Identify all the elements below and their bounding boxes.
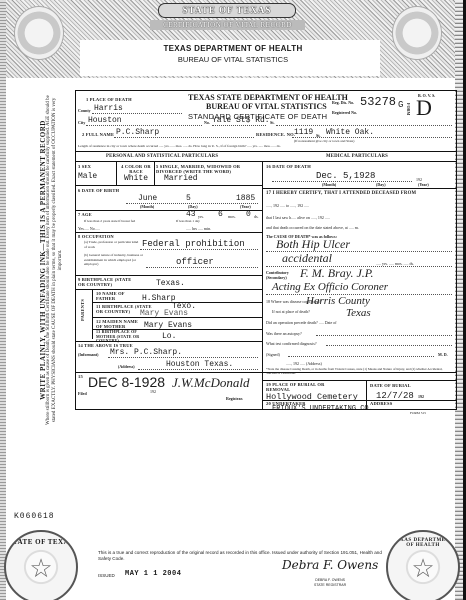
- birth-day-label: (Day): [188, 204, 198, 209]
- certify-dates: ....., 192 ..... to ....., 192 .....: [266, 203, 309, 208]
- death-year-label: (Year): [418, 182, 429, 187]
- control-number: K060618: [14, 512, 55, 521]
- cause-of-death-secondary: accidental: [282, 251, 332, 266]
- reg-dis-label: Reg. Dis. No.: [332, 100, 354, 105]
- burial-date-suffix: 192: [418, 394, 424, 399]
- length-residence: Length of residence in city or town wher…: [78, 144, 281, 148]
- form-letter: D: [416, 95, 432, 121]
- burial-place-label: 19 PLACE OF BURIAL OR REMOVAL: [266, 382, 336, 392]
- state-of-texas-seal-icon: STATE OF TEXAS ☆: [4, 530, 78, 600]
- age-hrs-min: ..... hrs ..... min.: [186, 226, 211, 231]
- registrar-name: DEBRA F. OWENS: [314, 578, 346, 583]
- city-label: City: [78, 120, 85, 125]
- color-label: 4 COLOR OR RACE: [118, 164, 154, 174]
- mother-birthplace-value: Lo.: [162, 332, 176, 341]
- department-of-health-seal-icon: TEXAS DEPARTMENT OF HEALTH ☆: [386, 530, 460, 600]
- street-no-label: No.: [204, 120, 210, 125]
- age-note-breast-fed: If less than 2 years state if breast fed: [84, 219, 135, 223]
- issued-label: ISSUED: [98, 573, 115, 578]
- side-instructions-body: Where stillborn is given as cause of Dea…: [46, 90, 64, 430]
- issued-date: MAY 1 1 2004: [125, 570, 181, 578]
- personal-header: PERSONAL AND STATISTICAL PARTICULARS: [106, 154, 218, 159]
- birth-month: June: [138, 194, 157, 203]
- undertaker-address-label: ADDRESS: [370, 401, 392, 406]
- if-not-at-place: If not at place of death?: [272, 309, 310, 314]
- form-number: FORM 515: [410, 411, 426, 415]
- color-value: White: [124, 174, 148, 183]
- residence-street: White Oak.: [326, 128, 374, 137]
- autopsy-label: Was there an autopsy?: [266, 331, 302, 336]
- header-department: TEXAS DEPARTMENT OF HEALTH: [0, 44, 466, 53]
- county-value: Harris: [94, 104, 123, 113]
- informant-value: Mrs. P.C.Sharp.: [110, 348, 182, 357]
- filed-label: Filed: [78, 391, 87, 396]
- certificate-title: TEXAS STATE DEPARTMENT OF HEALTH: [188, 93, 348, 102]
- sex-value: Male: [78, 172, 97, 181]
- burial-date-label: DATE OF BURIAL: [370, 383, 411, 388]
- sex-label: 3 SEX: [78, 164, 91, 169]
- birth-year: 1885: [236, 194, 255, 203]
- filed-number: 15: [78, 374, 83, 379]
- signed-address: ....., 192 ..... (Address): [286, 361, 322, 366]
- medical-header: MEDICAL PARTICULARS: [326, 154, 388, 159]
- test-label: What test confirmed diagnosis?: [266, 341, 317, 346]
- banner-state-of-texas: STATE OF TEXAS: [158, 3, 296, 18]
- informant-address: Houston Texas.: [166, 360, 233, 369]
- marital-value: Married: [164, 174, 198, 183]
- form-label: FORM: [406, 103, 411, 115]
- registered-label: Registered No.: [332, 110, 357, 115]
- full-name-value: P.C.Sharp: [116, 128, 159, 137]
- seal-right-text: TEXAS DEPARTMENT OF HEALTH: [388, 538, 458, 548]
- age-label: 7 AGE: [78, 212, 92, 217]
- occupation-trade-label: (a) Trade, profession or particular kind…: [84, 240, 140, 249]
- state-registrar-name: DEBRA F. OWENS STATE REGISTRAR: [314, 578, 346, 587]
- registrar-label: Registrar.: [226, 396, 243, 401]
- birth-month-label: (Month): [140, 204, 154, 209]
- where-disease-value: Harris County: [306, 295, 370, 307]
- operation-value: Texas: [346, 307, 371, 319]
- age-years: 43: [186, 210, 196, 219]
- filed-suffix: 192: [150, 389, 156, 394]
- registration-number: 53278: [360, 95, 396, 109]
- informant-address-label: (Address): [118, 364, 135, 369]
- residence-label: RESIDENCE. No.: [256, 132, 295, 137]
- county-label: County: [78, 108, 91, 113]
- age-days: 0: [246, 210, 251, 219]
- occupation-label: 8 OCCUPATION: [78, 234, 114, 239]
- occupation-industry-label: (b) General nature of industry, business…: [84, 253, 146, 267]
- operation-label: Did an operation precede death? ..... Da…: [266, 320, 337, 325]
- st-label: St.: [270, 120, 275, 125]
- residence-number: 1119: [294, 128, 313, 137]
- certify-death-occurred: and that death occurred on the date stat…: [266, 225, 359, 230]
- birth-day: 5: [186, 194, 191, 203]
- residence-note: (If nonresident give city or town and St…: [294, 139, 354, 143]
- certificate-subtitle: BUREAU OF VITAL STATISTICS: [206, 102, 327, 111]
- cause-footnote: *State the disease Causing Death, or in …: [266, 367, 452, 375]
- registrar-signature: J.W.McDonald: [172, 375, 250, 391]
- seal-left-text: STATE OF TEXAS: [6, 538, 76, 546]
- father-label: 10 NAME OF FATHER: [96, 291, 136, 301]
- certify-label: 17 I HEREBY CERTIFY, That I attended dec…: [266, 191, 416, 196]
- place-of-death-label: 1 PLACE OF DEATH: [86, 97, 132, 102]
- registrar-title: STATE REGISTRAR: [314, 583, 346, 588]
- signed-label: (Signed): [266, 352, 280, 357]
- occupation-industry-value: officer: [176, 257, 214, 267]
- star-icon: ☆: [6, 554, 76, 584]
- registration-suffix: G: [398, 100, 403, 110]
- age-yes-no: Yes..... No.....: [78, 226, 100, 231]
- certify-last-saw: that I last saw h..... alive on ....., 1…: [266, 215, 330, 220]
- death-date-label: 16 DATE OF DEATH: [266, 164, 311, 169]
- death-day-label: (Day): [376, 182, 386, 187]
- full-name-label: 2 FULL NAME: [82, 132, 114, 137]
- marital-label: 5 SINGLE, MARRIED, WIDOWED OR DIVORCED (…: [156, 164, 260, 174]
- age-ds-label: ds.: [254, 214, 259, 219]
- header-bureau: BUREAU OF VITAL STATISTICS: [0, 55, 466, 64]
- birth-year-label: (Year): [240, 204, 251, 209]
- birthplace-value: Texas.: [156, 279, 185, 288]
- death-certificate-form: TEXAS STATE DEPARTMENT OF HEALTH BUREAU …: [75, 90, 457, 410]
- state-registrar-signature: Debra F. Owens: [282, 558, 378, 572]
- birthplace-label: 9 BIRTHPLACE (State or country): [78, 277, 138, 287]
- ornamental-border-left: [0, 0, 6, 600]
- street-value: Yale St$ Rd.: [212, 116, 270, 125]
- city-value: Houston: [88, 116, 122, 125]
- star-icon: ☆: [388, 554, 458, 584]
- undertaker-value: FRIOUX'S UNDERTAKING CO.: [272, 405, 373, 409]
- mother-label: 12 MAIDEN NAME OF MOTHER: [96, 319, 144, 329]
- death-month-label: (Month): [322, 182, 336, 187]
- parents-label: PARENTS: [80, 299, 85, 321]
- informant-label: (Informant): [78, 352, 98, 357]
- contributory-value: F. M. Bray. J.P.: [300, 266, 374, 281]
- death-date-value: Dec. 5,1928: [316, 171, 375, 181]
- cause-of-death-primary: Both Hip Ulcer: [276, 237, 350, 252]
- occupation-trade-value: Federal prohibition: [142, 239, 245, 249]
- age-mos-label: mos.: [228, 214, 236, 219]
- birth-date-label: 6 DATE OF BIRTH: [78, 188, 119, 193]
- banner-certification: CERTIFICATION OF VITAL RECORD: [150, 20, 305, 30]
- md-label: M. D.: [438, 352, 448, 357]
- filed-date: DEC 8-1928: [88, 374, 165, 390]
- age-months: 6: [218, 210, 223, 219]
- contributory-label: Contributory (Secondary): [266, 271, 294, 280]
- contributory-coroner: Acting Ex Officio Coroner: [272, 281, 388, 293]
- age-note-less-day: If less than 1 day: [176, 219, 200, 223]
